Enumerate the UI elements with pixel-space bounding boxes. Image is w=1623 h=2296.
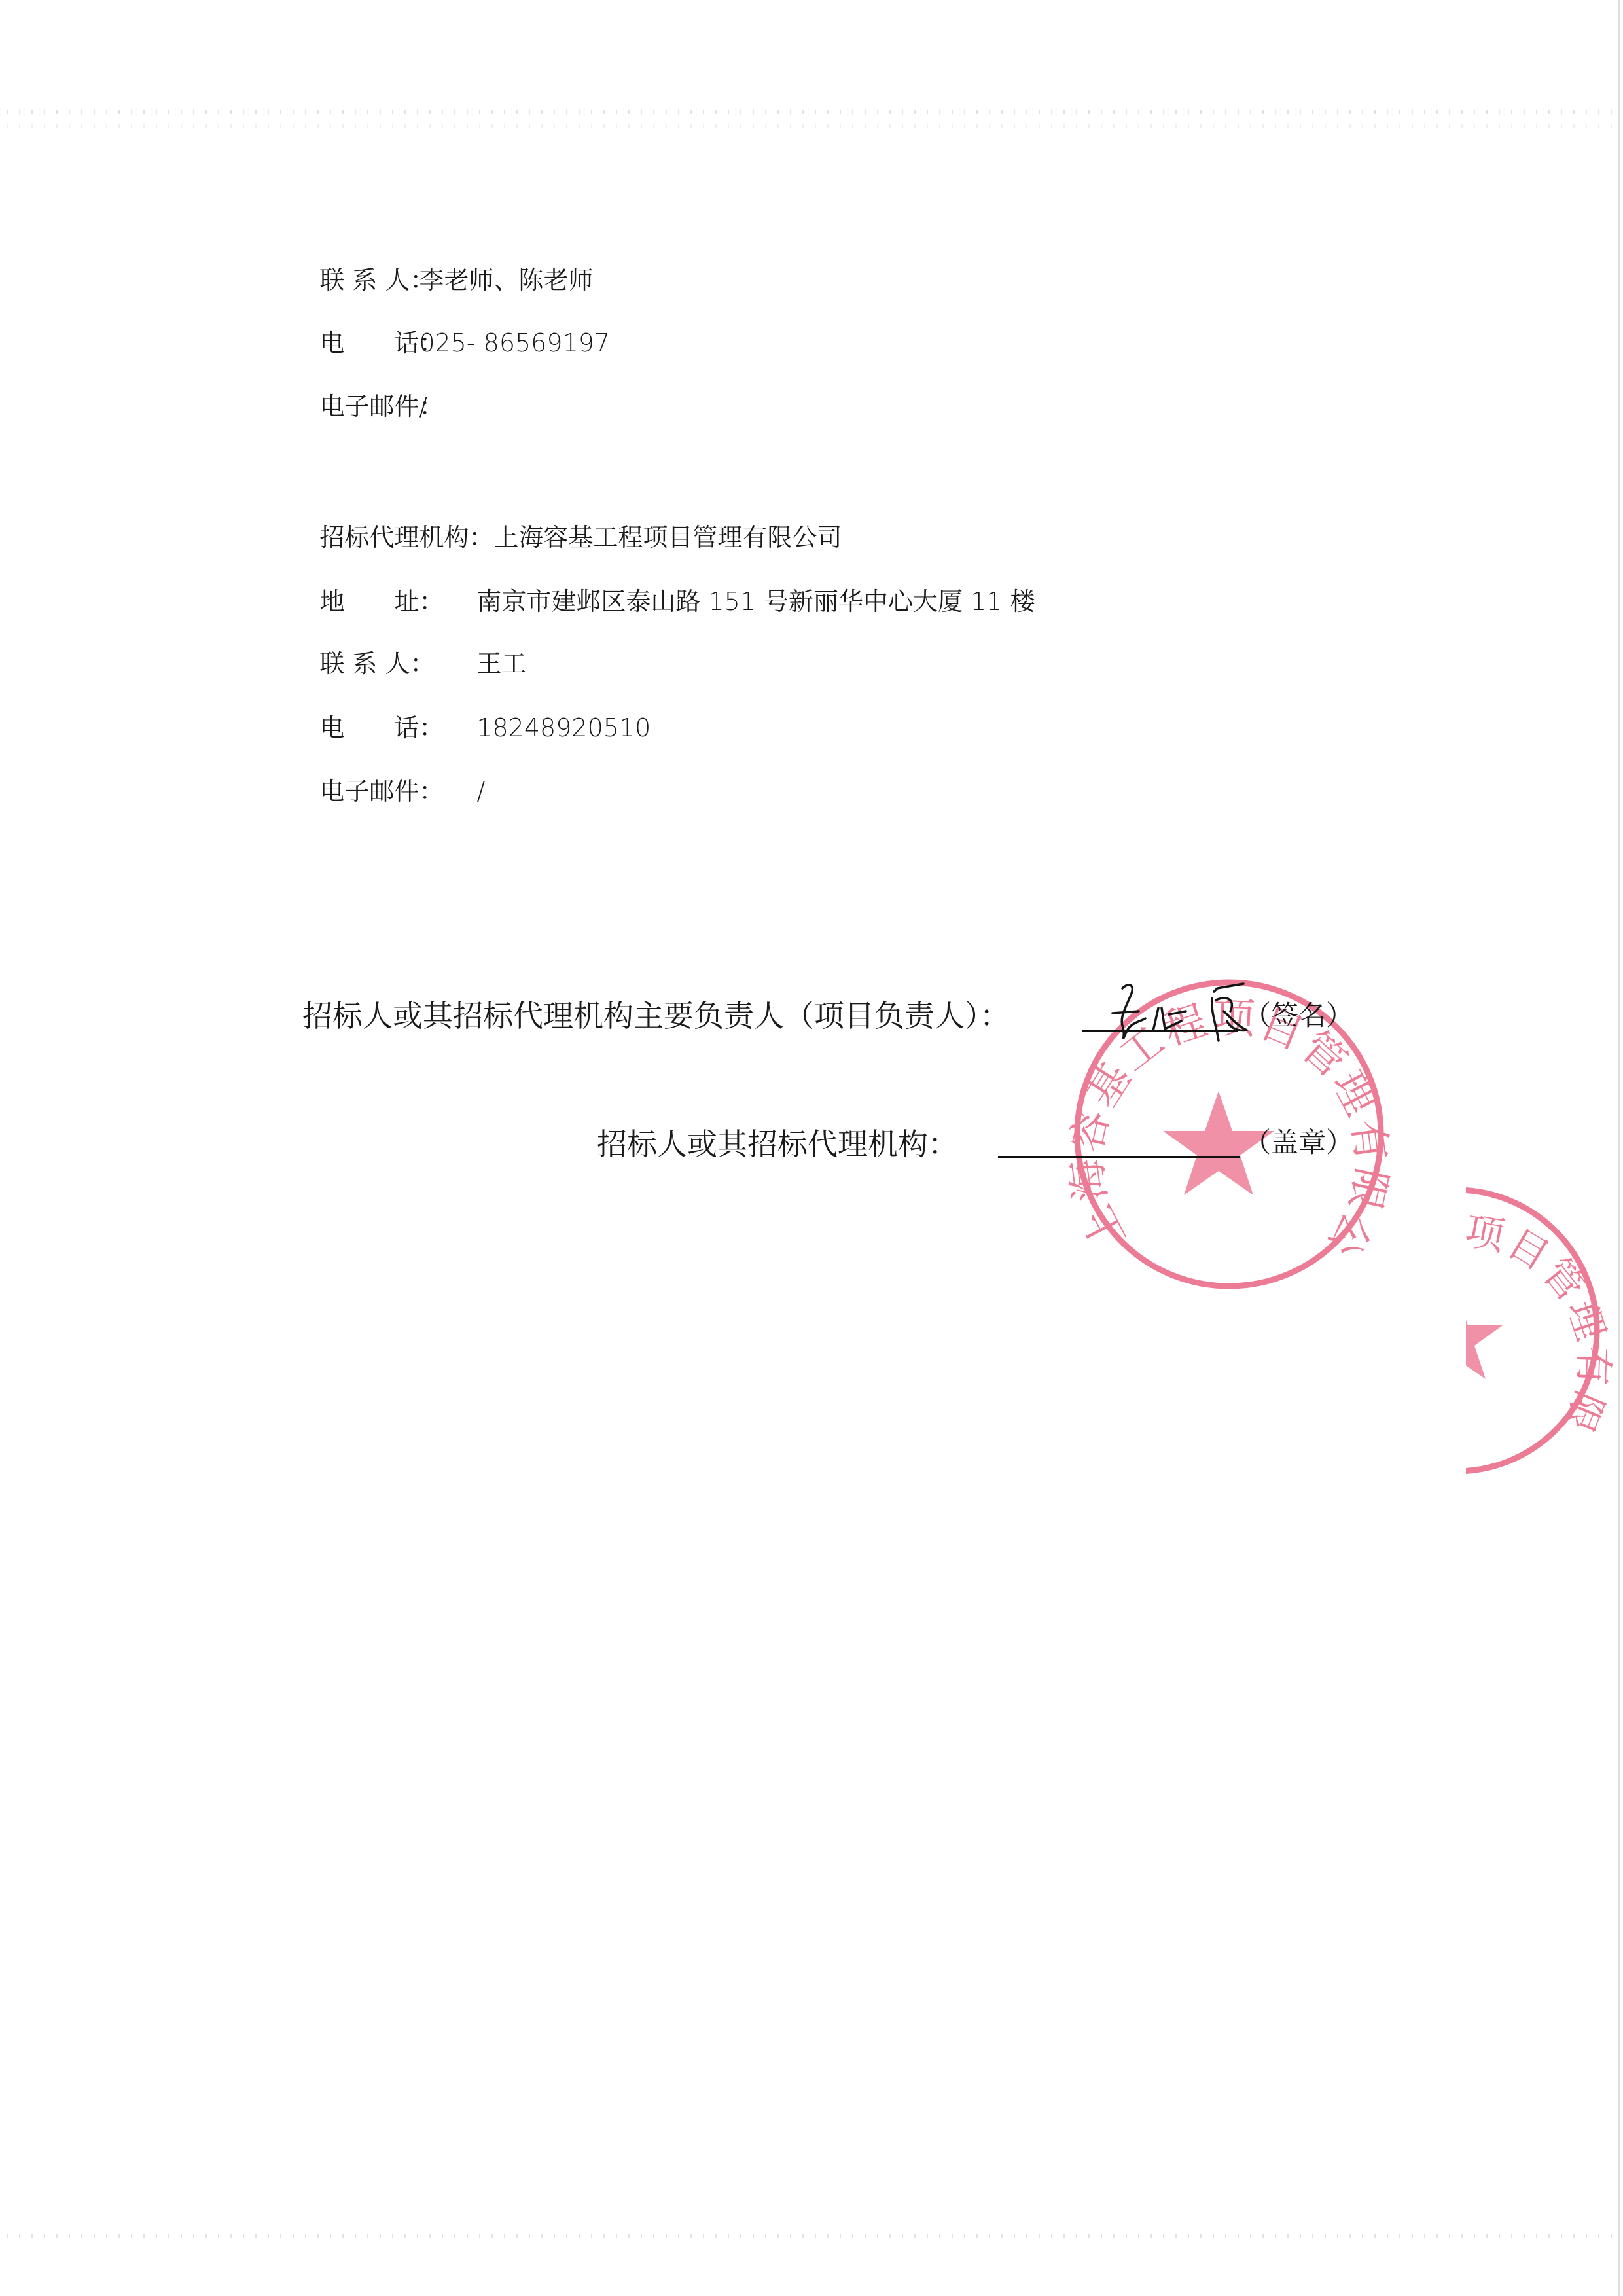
agency-email-label: 电子邮件： — [319, 776, 476, 806]
page-edge-line — [1618, 0, 1620, 2296]
email-value: / — [419, 391, 427, 422]
address-value: 南京市建邺区泰山路 151 号新丽华中心大厦 11 楼 — [476, 586, 1035, 617]
seal-label: 招标人或其招标代理机构： — [597, 1127, 958, 1161]
agency-contact-label: 联 系 人： — [319, 649, 476, 679]
scan-artifact-top — [7, 110, 1613, 114]
scan-artifact-bottom — [7, 2234, 1613, 2238]
phone-value: 025- 86569197 — [419, 328, 610, 358]
svg-text:上海容基工程项目管理有限公司: 上海容基工程项目管理有限公司 — [0, 0, 1616, 1441]
email-label: 电子邮件： — [319, 391, 450, 422]
agency-phone-value: 18248920510 — [476, 713, 651, 743]
signature-suffix: （签名） — [1243, 1000, 1353, 1031]
address-label: 地 址： — [319, 586, 476, 617]
scan-artifact-top-2 — [7, 124, 1613, 128]
seal-field-line[interactable] — [998, 1156, 1240, 1158]
contact-person-value: 李老师、陈老师 — [419, 265, 593, 295]
signature-field-line[interactable] — [1082, 1030, 1238, 1032]
agency-email-value: / — [476, 776, 485, 806]
document-page: 联 系 人：李老师、陈老师 电 话：025- 86569197 电子邮件：/ 招… — [0, 0, 1623, 2296]
agency-email-row: 电子邮件：/ — [288, 746, 485, 836]
responsible-person-label: 招标人或其招标代理机构主要负责人（项目负责人）： — [302, 999, 1010, 1033]
agency-contact-value: 王工 — [476, 649, 526, 679]
partial-seal: 上海容基工程项目管理有限公司 — [0, 0, 1616, 1471]
agency-phone-label: 电 话： — [319, 713, 476, 743]
seal-suffix: （盖章） — [1243, 1127, 1353, 1158]
agency-name-value: 上海容基工程项目管理有限公司 — [493, 522, 842, 552]
agency-name-label: 招标代理机构： — [319, 522, 493, 552]
tenderer-email-row: 电子邮件：/ — [288, 361, 427, 452]
